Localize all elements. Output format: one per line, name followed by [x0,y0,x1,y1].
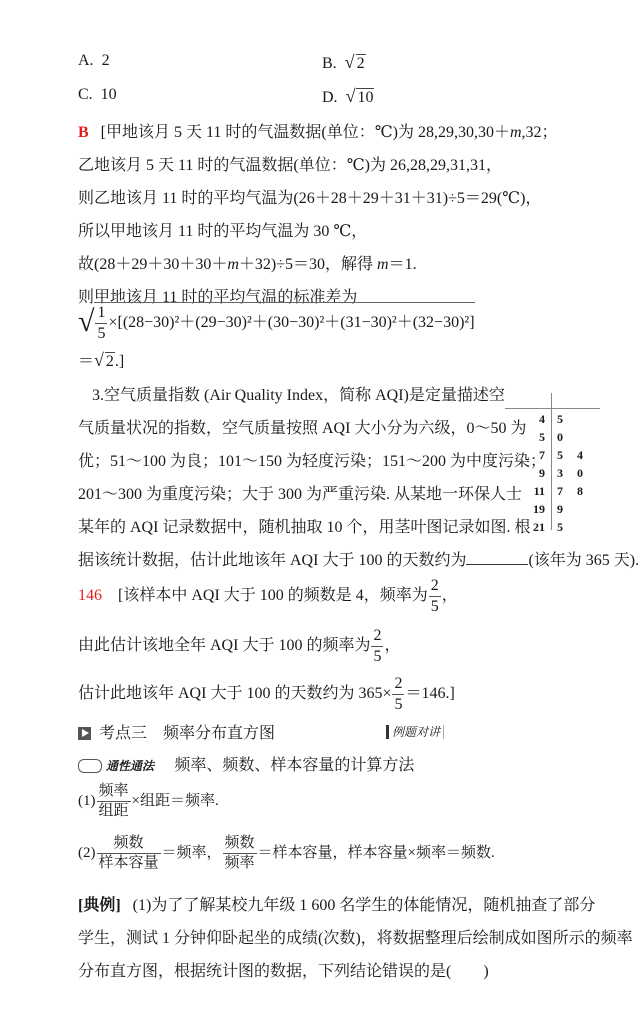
solution1-line1: B [甲地该月 5 天 11 时的气温数据(单位：℃)为 28,29,30,30… [78,119,558,142]
stem: 9 [539,466,545,481]
option-a-value: 2 [102,52,110,69]
stem-row: 754 [505,448,600,464]
text: (1)为了了解某校九年级 1 600 名学生的体能情况，随机抽查了部分 [133,897,596,914]
text: [甲地该月 5 天 11 时的气温数据(单位：℃)为 28,29,30,30＋ [101,124,510,141]
text: (2) [78,845,96,861]
stem: 4 [539,412,545,427]
numerator: 频率 [97,784,131,802]
fraction: 频率组距 [97,784,131,819]
stem: 19 [533,502,545,517]
example-line2: 学生，测试 1 分钟仰卧起坐的成绩(次数)，将数据整理后绘制成如图所示的频率 [78,925,633,948]
option-a: A. 2 [78,52,110,70]
option-b-label: B. [322,55,337,72]
leaf: 5 [557,448,563,463]
text: ＝频率， [162,845,222,861]
option-c-label: C. [78,86,93,103]
leaf: 4 [577,448,583,463]
text: ＋32)÷5＝30，解得 [239,256,377,273]
formula-body: ×[(28−30)²＋(29−30)²＋(30−30)²＋(31−30)²＋(3… [108,314,474,331]
q3-line6: 据该统计数据，估计此地该年 AQI 大于 100 的天数约为(该年为 365 天… [78,547,639,570]
denominator: 5 [95,324,107,342]
numerator: 频数 [97,836,161,854]
text: ， [442,587,458,604]
solution3-line2: 由此估计该地全年 AQI 大于 100 的频率为25， [78,628,400,665]
text: (该年为 365 天). [528,552,639,569]
leaf: 5 [557,412,563,427]
leaf: 9 [557,502,563,517]
answer-badge: 146 [78,587,102,604]
denominator: 5 [429,597,441,615]
stem: 7 [539,448,545,463]
text: ＝146.] [405,685,454,702]
fraction: 25 [371,628,383,665]
variable: m [377,256,389,273]
sqrt-icon: √ [346,86,356,106]
fraction: 25 [392,676,404,713]
leaf: 7 [557,484,563,499]
numerator: 2 [371,628,383,647]
example-line3: 分布直方图，根据统计图的数据，下列结论错误的是( ) [78,958,489,981]
text: 估计此地该年 AQI 大于 100 的天数约为 365× [78,685,391,702]
divider [505,408,600,409]
option-b-value: 2 [356,54,366,73]
solution3-line3: 估计此地该年 AQI 大于 100 的天数约为 365×25＝146.] [78,676,455,713]
fraction: 频数频率 [223,836,257,871]
option-d: D. √10 [322,86,374,107]
leaf: 0 [557,430,563,445]
text: ＝样本容量，样本容量×频率＝频数. [258,845,495,861]
solution1-line5: 故(28＋29＋30＋30＋m＋32)÷5＝30，解得 m＝1. [78,251,417,274]
answer-badge: B [78,124,89,141]
text: ＝ [78,353,94,370]
leaf: 3 [557,466,563,481]
stem-row: 50 [505,430,600,446]
q3-line3: 优；51～100 为良；101～150 为轻度污染；151～200 为中度污染； [78,448,546,471]
example-tag: 例题对讲 [386,723,444,741]
text: 由此估计该地全年 AQI 大于 100 的频率为 [78,637,370,654]
text: [该样本中 AQI 大于 100 的频数是 4，频率为 [118,587,428,604]
numerator: 2 [392,676,404,695]
denominator: 组距 [97,802,131,819]
option-d-label: D. [322,89,338,106]
q3-line4: 201～300 为重度污染；大于 300 为严重污染. 从某地一环保人士 [78,481,522,504]
fraction: 15 [95,305,107,342]
solution1-line2: 乙地该月 5 天 11 时的气温数据(单位：℃)为 26,28,29,31,31… [78,152,502,175]
numerator: 频数 [223,836,257,854]
q3-line1: 3.空气质量指数 (Air Quality Index，简称 AQI)是定量描述… [92,382,505,405]
stem: 11 [534,484,545,499]
text: ,32； [522,124,558,141]
fraction: 25 [429,578,441,615]
section-title-text: 考点三 频率分布直方图 [99,723,275,742]
tag-label: 例题对讲 [386,725,444,739]
section-title: 考点三 频率分布直方图 [78,720,275,743]
leaf: 8 [577,484,583,499]
fraction: 频数样本容量 [97,836,161,871]
stem: 5 [539,430,545,445]
std-dev-formula: √ 15×[(28−30)²＋(29−30)²＋(30−30)²＋(31−30)… [78,302,475,342]
sqrt-icon: √ [78,305,94,338]
formula-1: (1)频率组距×组距＝频率. [78,784,219,819]
option-d-value: 10 [356,88,374,107]
formula-2: (2)频数样本容量＝频率，频数频率＝样本容量，样本容量×频率＝频数. [78,836,495,871]
stem-row: 199 [505,502,600,518]
denominator: 样本容量 [97,854,161,871]
sqrt-icon: √ [345,52,355,72]
example-label: [典例] [78,897,121,914]
variable: m [510,124,522,141]
std-dev-result: ＝√2.] [78,348,124,371]
denominator: 5 [392,695,404,713]
stem: 21 [533,520,545,535]
radicand: 2 [105,352,115,371]
leaf: 0 [577,466,583,481]
stem-row: 930 [505,466,600,482]
solution1-line4: 所以甲地该月 11 时的平均气温为 30 ℃， [78,218,367,241]
numerator: 2 [429,578,441,597]
stem-row: 1178 [505,484,600,500]
option-c: C. 10 [78,86,117,104]
q3-line5: 某年的 AQI 记录数据中，随机抽取 10 个，用茎叶图记录如图. 根 [78,514,530,537]
option-c-value: 10 [101,86,117,103]
denominator: 5 [371,647,383,665]
sqrt-icon: √ [94,350,104,370]
variable: m [227,256,239,273]
denominator: 频率 [223,854,257,871]
method-header: 通性通法 频率、频数、样本容量的计算方法 [78,752,414,775]
option-a-label: A. [78,52,94,69]
option-b: B. √2 [322,52,366,73]
play-icon [78,727,91,740]
answer-blank [466,550,528,565]
solution1-line3: 则乙地该月 11 时的平均气温为(26＋28＋29＋31＋31)÷5＝29(℃)… [78,185,541,208]
leaf: 5 [557,520,563,535]
method-title: 频率、频数、样本容量的计算方法 [174,755,414,774]
text: 据该统计数据，估计此地该年 AQI 大于 100 的天数约为 [78,552,466,569]
method-tag: 通性通法 [106,759,154,773]
q3-line2: 气质量状况的指数，空气质量按照 AQI 大小分为六级，0～50 为 [78,415,526,438]
text: ， [384,637,400,654]
solution3-line1: 146 [该样本中 AQI 大于 100 的频数是 4，频率为25， [78,578,458,615]
text: 故(28＋29＋30＋30＋ [78,256,227,273]
pointing-hand-icon [78,759,102,773]
text: ＝1. [389,256,417,273]
text: (1) [78,793,96,809]
numerator: 1 [95,305,107,324]
text: ×组距＝频率. [132,793,219,809]
example-line1: [典例] (1)为了了解某校九年级 1 600 名学生的体能情况，随机抽查了部分 [78,892,595,915]
stem-row: 215 [505,520,600,536]
stem-row: 45 [505,412,600,428]
text: .] [115,353,124,370]
